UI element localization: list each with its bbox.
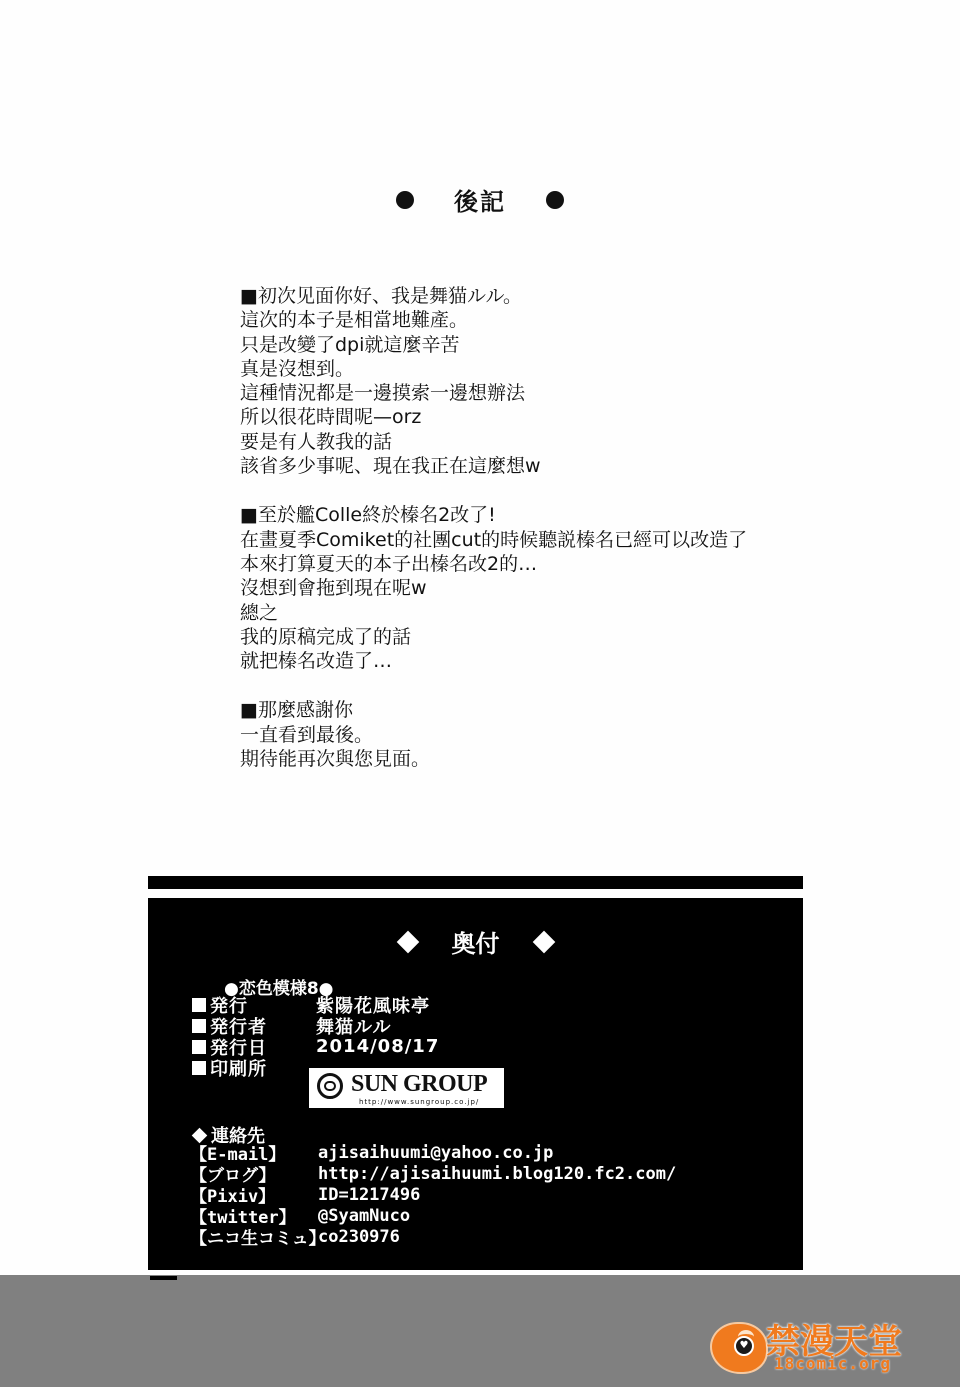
text-line: 這種情況都是一邊摸索一邊想辦法 <box>240 381 840 405</box>
contact-list: 【E-mail】 ajisaihuumi@yahoo.co.jp 【ブログ】 h… <box>190 1142 676 1247</box>
bullet-circle-icon <box>546 191 564 209</box>
watermark-url: 18comic.org <box>774 1354 891 1373</box>
contact-row-blog: 【ブログ】 http://ajisaihuumi.blog120.fc2.com… <box>190 1163 676 1184</box>
afterword-paragraph-3: ■那麼感謝你 一直看到最後。 期待能再次與您見面。 <box>240 698 840 771</box>
contact-value: @SyamNuco <box>318 1206 410 1226</box>
page-edge-mark <box>150 1276 177 1280</box>
afterword-title: 後記 <box>454 182 506 217</box>
sun-group-logo: SUN GROUP http://www.sungroup.co.jp/ <box>309 1068 504 1108</box>
contact-row-twitter: 【twitter】 @SyamNuco <box>190 1205 676 1226</box>
text-line: 本來打算夏天的本子出榛名改2的… <box>240 552 840 576</box>
text-line: 真是沒想到。 <box>240 357 840 381</box>
text-line: 該省多少事呢、現在我正在這麼想w <box>240 454 840 478</box>
divider-bar <box>148 876 803 889</box>
text-line: ■初次见面你好、我是舞猫ルル。 <box>240 284 840 308</box>
sun-group-emblem-icon <box>317 1073 343 1099</box>
text-line: 在畫夏季Comiket的社團cut的時候聽説榛名已經可以改造了 <box>240 528 840 552</box>
afterword-heading: 後記 <box>0 182 960 217</box>
diamond-icon <box>532 930 555 953</box>
info-value: 舞猫ルル <box>316 1013 392 1039</box>
text-line: 一直看到最後。 <box>240 723 840 747</box>
contact-value: http://ajisaihuumi.blog120.fc2.com/ <box>318 1164 676 1184</box>
bullet-square-icon <box>192 1019 206 1033</box>
text-line: 期待能再次與您見面。 <box>240 747 840 771</box>
afterword-paragraph-2: ■至於艦Colle終於榛名2改了! 在畫夏季Comiket的社團cut的時候聽説… <box>240 503 840 673</box>
contact-row-pixiv: 【Pixiv】 ID=1217496 <box>190 1184 676 1205</box>
contact-value: co230976 <box>318 1227 400 1247</box>
heart-eye-icon: ♥ <box>734 1336 754 1356</box>
text-line: 要是有人教我的話 <box>240 430 840 454</box>
diamond-icon <box>396 930 419 953</box>
text-line: 總之 <box>240 601 840 625</box>
colophon-heading: 奥付 <box>148 924 803 959</box>
text-line: 就把榛名改造了… <box>240 649 840 673</box>
logo-url: http://www.sungroup.co.jp/ <box>359 1098 479 1106</box>
bullet-square-icon <box>192 1040 206 1054</box>
whale-mascot-icon: ♥ <box>710 1322 768 1374</box>
text-line: ■那麼感謝你 <box>240 698 840 722</box>
contact-row-email: 【E-mail】 ajisaihuumi@yahoo.co.jp <box>190 1142 676 1163</box>
text-line: ■至於艦Colle終於榛名2改了! <box>240 503 840 527</box>
text-line: 這次的本子是相當地難產。 <box>240 308 840 332</box>
text-line: 我的原稿完成了的話 <box>240 625 840 649</box>
colophon-box: 奥付 ●恋色模様8● 発行 紫陽花風味亭 発行者 舞猫ルル 発行日 2014/0… <box>148 898 803 1270</box>
colophon-title: 奥付 <box>452 924 500 959</box>
afterword-paragraph-1: ■初次见面你好、我是舞猫ルル。 這次的本子是相當地難產。 只是改變了dpi就這麼… <box>240 284 840 478</box>
contact-value: ID=1217496 <box>318 1185 420 1205</box>
bullet-square-icon <box>192 998 206 1012</box>
text-line: 只是改變了dpi就這麼辛苦 <box>240 333 840 357</box>
site-watermark: ♥ 禁漫天堂 18comic.org <box>700 1300 940 1380</box>
info-label: 印刷所 <box>210 1055 316 1081</box>
text-line: 沒想到會拖到現在呢w <box>240 576 840 600</box>
bullet-circle-icon <box>396 191 414 209</box>
document-page: 後記 ■初次见面你好、我是舞猫ルル。 這次的本子是相當地難產。 只是改變了dpi… <box>0 0 960 1275</box>
logo-name: SUN GROUP <box>351 1071 487 1098</box>
bullet-square-icon <box>192 1061 206 1075</box>
contact-row-nico: 【ニコ生コミュ】 co230976 <box>190 1226 676 1247</box>
info-value: 2014/08/17 <box>316 1036 439 1057</box>
text-line: 所以很花時間呢—orz <box>240 405 840 429</box>
afterword-body: ■初次见面你好、我是舞猫ルル。 這次的本子是相當地難產。 只是改變了dpi就這麼… <box>240 284 840 796</box>
contact-label: 【ニコ生コミュ】 <box>190 1224 318 1249</box>
publication-info: 発行 紫陽花風味亭 発行者 舞猫ルル 発行日 2014/08/17 印刷所 <box>192 994 439 1078</box>
contact-value: ajisaihuumi@yahoo.co.jp <box>318 1143 553 1163</box>
